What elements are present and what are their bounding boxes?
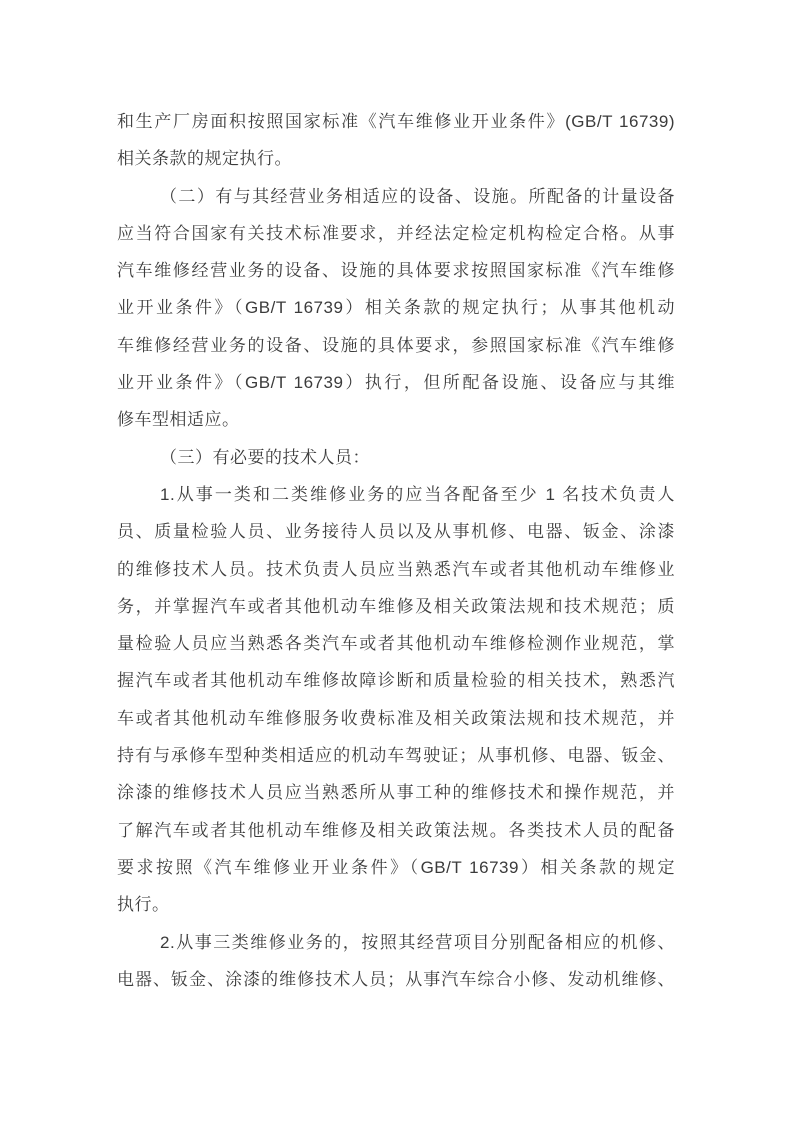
text-line: 员、质量检验人员、业务接待人员以及从事机修、电器、钣金、涂漆 [117,513,675,550]
para-sub-2: 2.从事三类维修业务的，按照其经营项目分别配备相应的机修、电器、钣金、涂漆的维修… [117,924,675,999]
text-line: 持有与承修车型种类相适应的机动车驾驶证；从事机修、电器、钣金、 [117,737,675,774]
text-line: 1.从事一类和二类维修业务的应当各配备至少 1 名技术负责人 [117,476,675,513]
text-line: 握汽车或者其他机动车维修故障诊断和质量检验的相关技术，熟悉汽 [117,662,675,699]
text-line: 汽车维修经营业务的设备、设施的具体要求按照国家标准《汽车维修 [117,252,675,289]
document-page: 和生产厂房面积按照国家标准《汽车维修业开业条件》(GB/T 16739)相关条款… [0,0,793,1122]
text-line: 应当符合国家有关技术标准要求，并经法定检定机构检定合格。从事 [117,215,675,252]
text-line: 了解汽车或者其他机动车维修及相关政策法规。各类技术人员的配备 [117,812,675,849]
text-line: 的维修技术人员。技术负责人员应当熟悉汽车或者其他机动车维修业 [117,551,675,588]
text-line: 要求按照《汽车维修业开业条件》（GB/T 16739）相关条款的规定 [117,849,675,886]
text-line: 车维修经营业务的设备、设施的具体要求，参照国家标准《汽车维修 [117,327,675,364]
text-line: 量检验人员应当熟悉各类汽车或者其他机动车维修检测作业规范，掌 [117,625,675,662]
text-line: 和生产厂房面积按照国家标准《汽车维修业开业条件》(GB/T 16739) [117,103,675,140]
text-line: 相关条款的规定执行。 [117,140,675,177]
text-line: 业开业条件》（GB/T 16739）相关条款的规定执行；从事其他机动 [117,289,675,326]
para-item-3: （三）有必要的技术人员： [117,439,675,476]
text-line: 修车型相适应。 [117,401,675,438]
para-sub-1: 1.从事一类和二类维修业务的应当各配备至少 1 名技术负责人员、质量检验人员、业… [117,476,675,924]
text-line: （二）有与其经营业务相适应的设备、设施。所配备的计量设备 [117,178,675,215]
text-line: 业开业条件》（GB/T 16739）执行，但所配备设施、设备应与其维 [117,364,675,401]
text-line: 务，并掌握汽车或者其他机动车维修及相关政策法规和技术规范；质 [117,588,675,625]
text-line: 执行。 [117,886,675,923]
text-line: 涂漆的维修技术人员应当熟悉所从事工种的维修技术和操作规范，并 [117,774,675,811]
text-line: 车或者其他机动车维修服务收费标准及相关政策法规和技术规范，并 [117,700,675,737]
para-continuation: 和生产厂房面积按照国家标准《汽车维修业开业条件》(GB/T 16739)相关条款… [117,103,675,178]
document-body: 和生产厂房面积按照国家标准《汽车维修业开业条件》(GB/T 16739)相关条款… [117,103,675,998]
para-item-2: （二）有与其经营业务相适应的设备、设施。所配备的计量设备应当符合国家有关技术标准… [117,178,675,439]
text-line: 2.从事三类维修业务的，按照其经营项目分别配备相应的机修、 [117,924,675,961]
text-line: 电器、钣金、涂漆的维修技术人员；从事汽车综合小修、发动机维修、 [117,961,675,998]
text-line: （三）有必要的技术人员： [117,439,675,476]
